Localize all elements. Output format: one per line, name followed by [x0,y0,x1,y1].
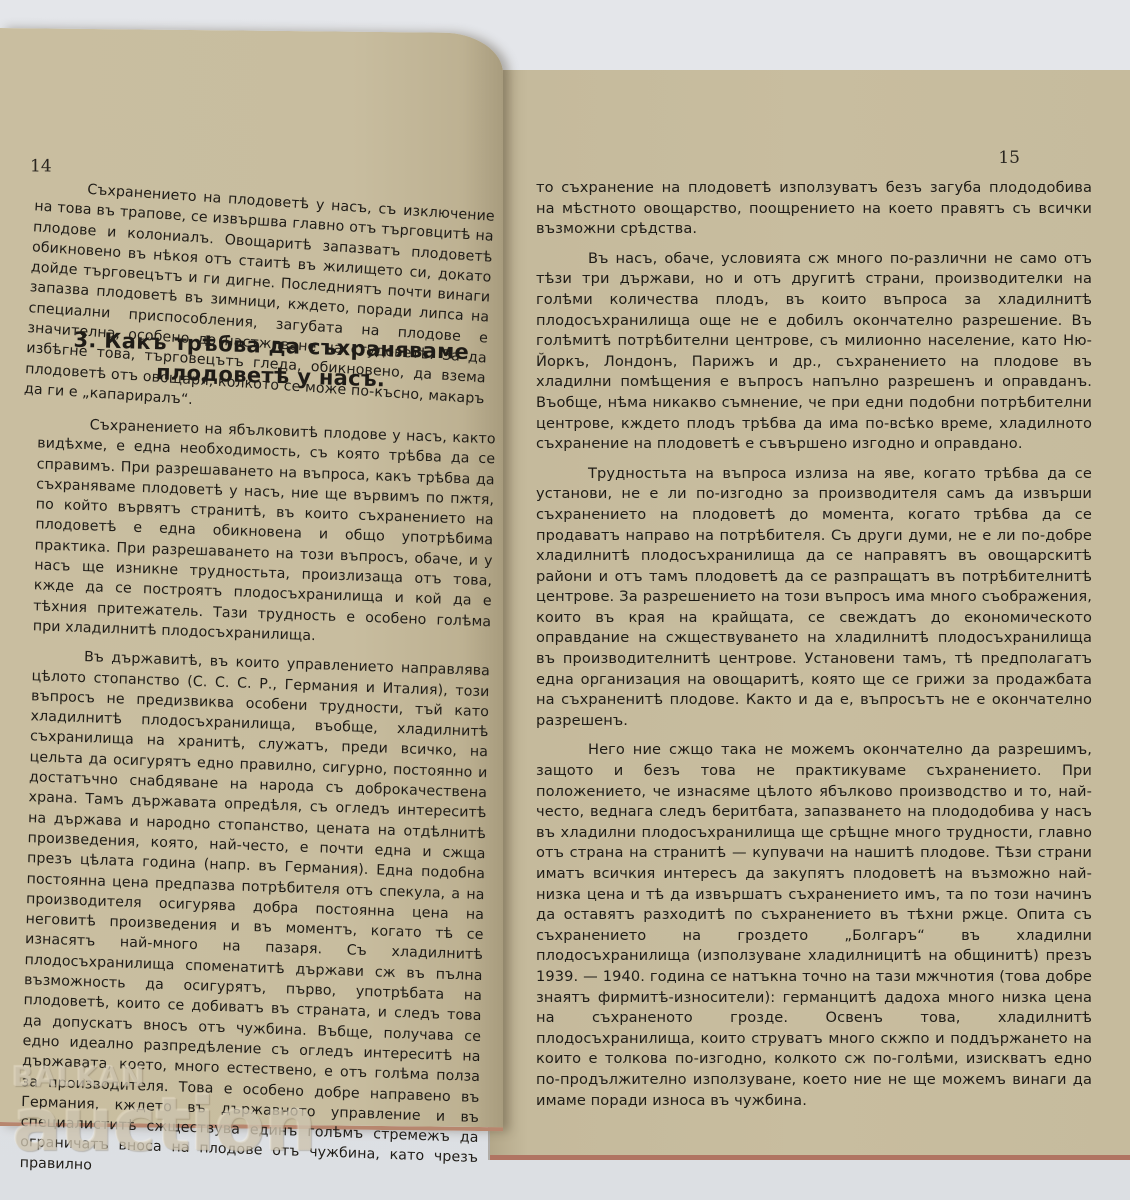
paragraph: Въ насъ, обаче, условията сж много по-ра… [536,249,1092,455]
left-page-body: Съхранението на ябълковитѣ плодове у нас… [19,413,496,1198]
left-page-intro: Съхранението на плодоветѣ у насъ, съ изк… [23,176,495,438]
paragraph: то съхранение на плодоветѣ използуватъ б… [536,178,1092,240]
page-number: 14 [30,156,52,176]
right-page: 15 то съхранение на плодоветѣ използуват… [490,70,1130,1160]
paragraph: Въ държавитѣ, въ които управлението напр… [19,646,490,1189]
right-page-body: то съхранение на плодоветѣ използуватъ б… [536,178,1092,1120]
page-number: 15 [998,148,1020,168]
left-page: 14 Съхранението на плодоветѣ у насъ, съ … [0,28,503,1131]
paragraph: Него ние сжщо така не можемъ окончателно… [536,740,1092,1111]
paragraph: Съхранението на ябълковитѣ плодове у нас… [33,413,496,652]
paragraph: Трудностьта на въпроса излиза на яве, ко… [536,464,1092,732]
